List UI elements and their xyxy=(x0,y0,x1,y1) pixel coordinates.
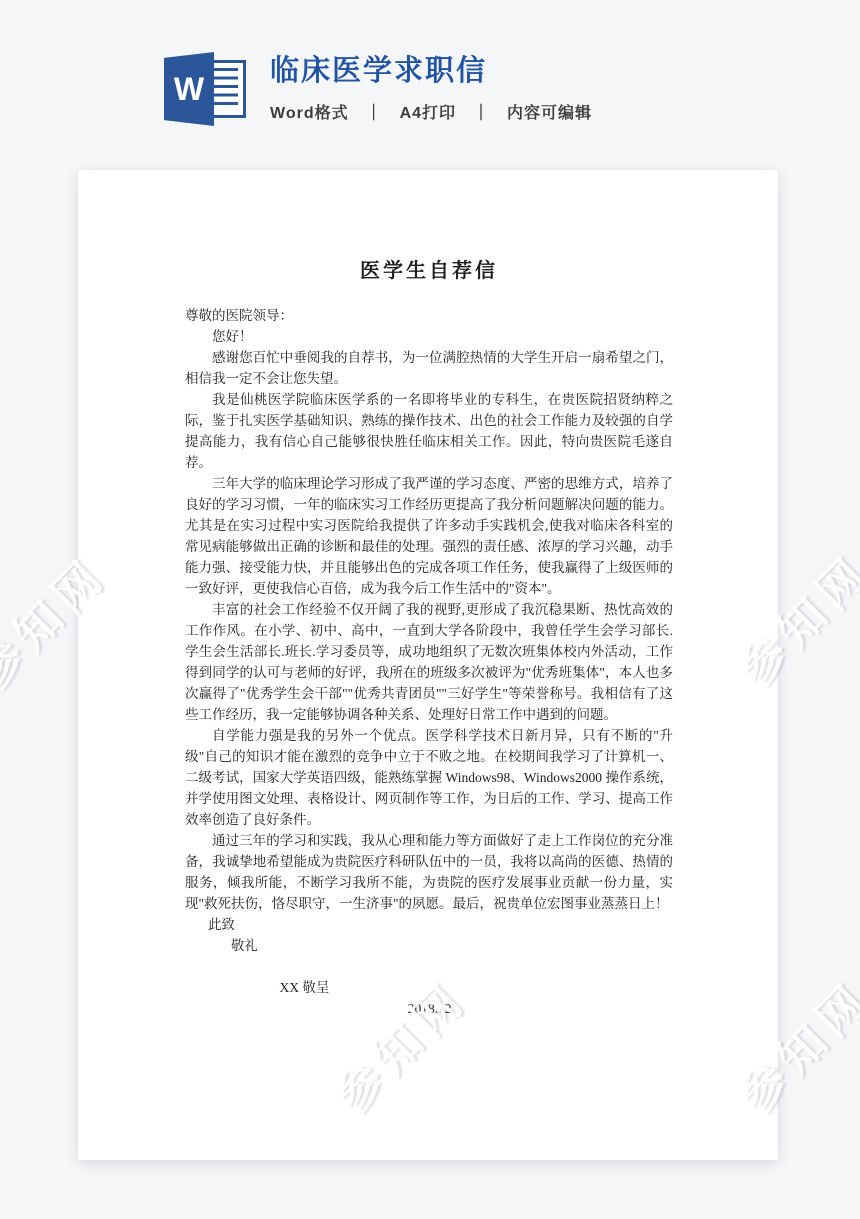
paragraph: 三年大学的临床理论学习形成了我严谨的学习态度、严密的思维方式，培养了良好的学习习… xyxy=(185,473,673,599)
paragraph: 您好！ xyxy=(185,326,673,347)
word-logo-icon: W xyxy=(158,52,258,136)
salutation: 尊敬的医院领导： xyxy=(185,305,673,326)
document-body: 医学生自荐信 尊敬的医院领导： 您好！ 感谢您百忙中垂阅我的自荐书，为一位满腔热… xyxy=(78,170,778,1019)
closing-cizhi: 此致 xyxy=(185,914,673,935)
page-title[interactable]: 临床医学求职信 xyxy=(270,54,592,88)
signature: XX 敬呈 xyxy=(185,977,673,998)
document-page: 医学生自荐信 尊敬的医院领导： 您好！ 感谢您百忙中垂阅我的自荐书，为一位满腔热… xyxy=(78,170,778,1160)
header-text: 临床医学求职信 Word格式 ｜ A4打印 ｜ 内容可编辑 xyxy=(270,52,592,123)
header: W 临床医学求职信 Word格式 ｜ A4打印 ｜ 内容可编辑 xyxy=(158,52,592,136)
document-title: 医学生自荐信 xyxy=(185,258,673,284)
blank-line xyxy=(185,956,673,977)
paragraph: 丰富的社会工作经验不仅开阔了我的视野,更形成了我沉稳果断、热忱高效的工作作风。在… xyxy=(185,599,673,725)
paragraph: 我是仙桃医学院临床医学系的一名即将毕业的专科生，在贵医院招贤纳粹之际，鉴于扎实医… xyxy=(185,389,673,473)
closing-jingli: 敬礼 xyxy=(185,935,673,956)
word-w-plate-icon: W xyxy=(164,52,214,126)
format-subtitle: Word格式 ｜ A4打印 ｜ 内容可编辑 xyxy=(270,100,592,123)
date: 2018.12 xyxy=(185,998,673,1019)
paragraph: 通过三年的学习和实践，我从心理和能力等方面做好了走上工作岗位的充分准备，我诚挚地… xyxy=(185,830,673,914)
doc-lines-icon xyxy=(212,68,238,110)
paragraph: 感谢您百忙中垂阅我的自荐书，为一位满腔热情的大学生开启一扇希望之门，相信我一定不… xyxy=(185,347,673,389)
page-background: { "header": { "title": "临床医学求职信", "subti… xyxy=(0,0,860,1219)
paragraph: 自学能力强是我的另外一个优点。医学科学技术日新月异，只有不断的"升级"自己的知识… xyxy=(185,725,673,830)
word-letter: W xyxy=(174,73,204,105)
